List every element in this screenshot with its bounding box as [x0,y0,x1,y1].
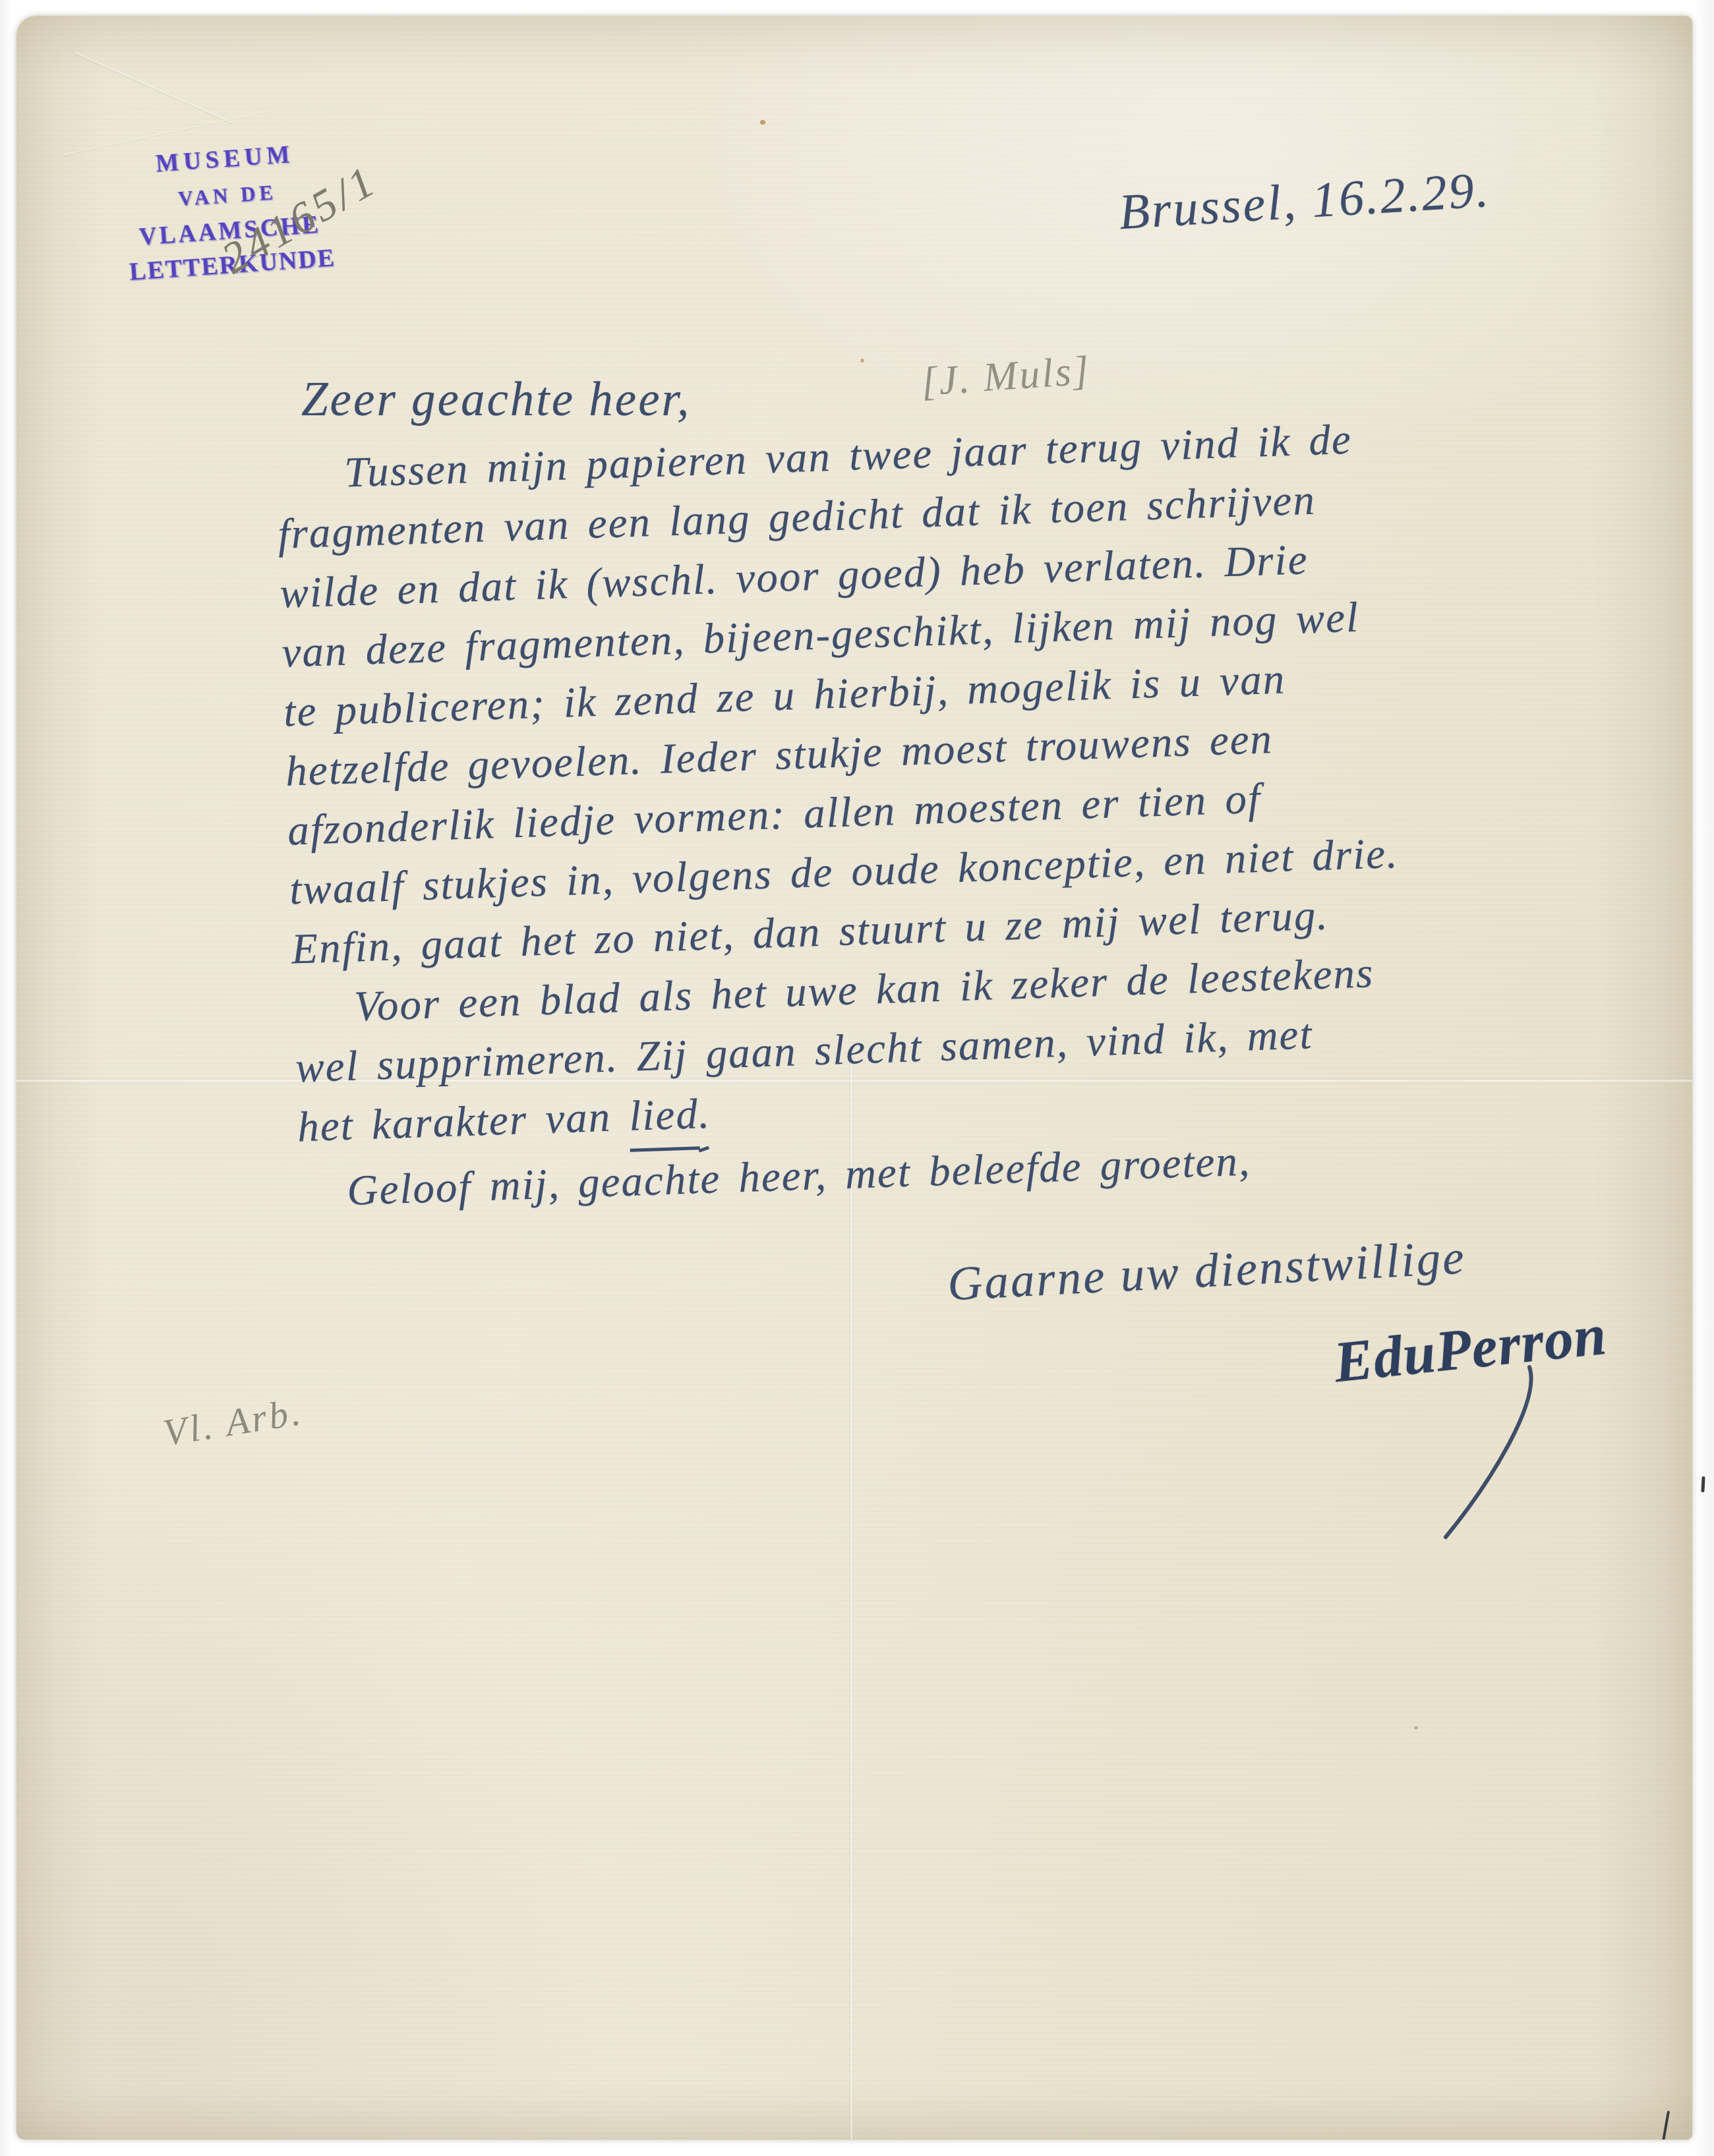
paper-speck [760,120,765,125]
valediction: Gaarne uw dienstwillige [946,1229,1467,1312]
signature-flourish-stroke [1414,1360,1585,1545]
recipient-pencil-annotation: [J. Muls] [920,347,1092,406]
scanner-background: MUSEUM VAN DE VLAAMSCHE LETTERKUNDE 2416… [0,0,1714,2156]
paper-speck [860,359,864,363]
bottom-right-ink-mark [1659,2111,1670,2140]
vertical-fold-crease [849,1051,854,2140]
paper-speck [1414,1726,1418,1730]
underlined-word-lied: lied [628,1084,700,1151]
salutation: Zeer geachte heer, [301,372,691,427]
letter-body: Tussen mijn papieren van twee jaar terug… [275,400,1671,1222]
bottom-pencil-annotation: Vl. Arb. [160,1389,306,1455]
dateline: Brussel, 16.2.29. [1117,161,1492,241]
corner-crease [74,52,232,124]
scan-edge-mark [1701,1476,1705,1492]
letter-paper: MUSEUM VAN DE VLAAMSCHE LETTERKUNDE 2416… [16,16,1692,2140]
stamp-line: MUSEUM [105,137,344,182]
line-prefix: het karakter van [297,1093,630,1151]
line-suffix: . [697,1090,711,1138]
